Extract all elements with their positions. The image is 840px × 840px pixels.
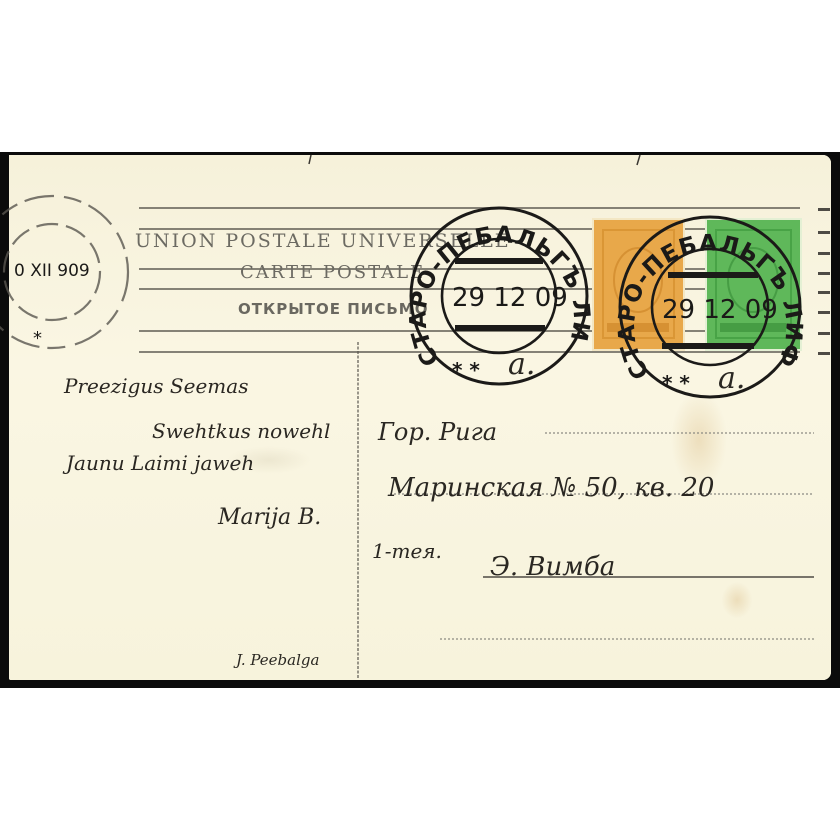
postmark-2-stars: * * — [662, 371, 690, 395]
address-lines — [390, 433, 814, 639]
postmark-1-date: 29 12 09 — [452, 283, 568, 313]
message-signature: Marija B. — [217, 505, 321, 530]
partial-postmark-date: 0 XII 909 — [14, 261, 90, 281]
message-line-1: Preezigus Seemas — [63, 374, 248, 398]
postmark-2: СТАРО-ПЕБАЛЬГЪ ЛИФЛ. 29 12 09 * * a. — [0, 0, 807, 397]
partial-postmark-star: * — [33, 328, 42, 349]
message-line-2: Swehtkus nowehl — [152, 419, 330, 443]
postmark-1: СТАРО-ПЕБАЛЬГЪ ЛИФЛ. 29 12 09 * * a. — [0, 0, 594, 384]
postmark-2-letter: a. — [718, 361, 745, 396]
cancel-edge-dashes — [818, 208, 830, 355]
publisher-signature: J. Peebalga — [233, 651, 319, 669]
address-street: Маринская № 50, кв. 20 — [387, 473, 714, 503]
message-line-3: Jaunu Laimi jaweh — [62, 451, 254, 475]
address-prefix: 1-тея. — [372, 539, 442, 563]
header-otkrytoe-pismo: ОТКРЫТОЕ ПИСЬМО — [238, 300, 428, 318]
postmark-2-town: СТАРО-ПЕБАЛЬГЪ ЛИФЛ. — [0, 0, 807, 384]
postmark-2-date: 29 12 09 — [662, 295, 778, 325]
header-carte-postale: CARTE POSTALE — [240, 262, 425, 283]
address-recipient: Э. Вимба — [490, 552, 615, 582]
postmark-1-stars: * * — [452, 358, 480, 382]
postcard-content: UNION POSTALE UNIVERSELLE CARTE POSTALE … — [0, 0, 840, 840]
svg-text:СТАРО-ПЕБАЛЬГЪ ЛИФЛ.: СТАРО-ПЕБАЛЬГЪ ЛИФЛ. — [0, 0, 807, 384]
address-city: Гор. Рига — [377, 418, 497, 446]
postmark-1-letter: a. — [508, 347, 535, 382]
